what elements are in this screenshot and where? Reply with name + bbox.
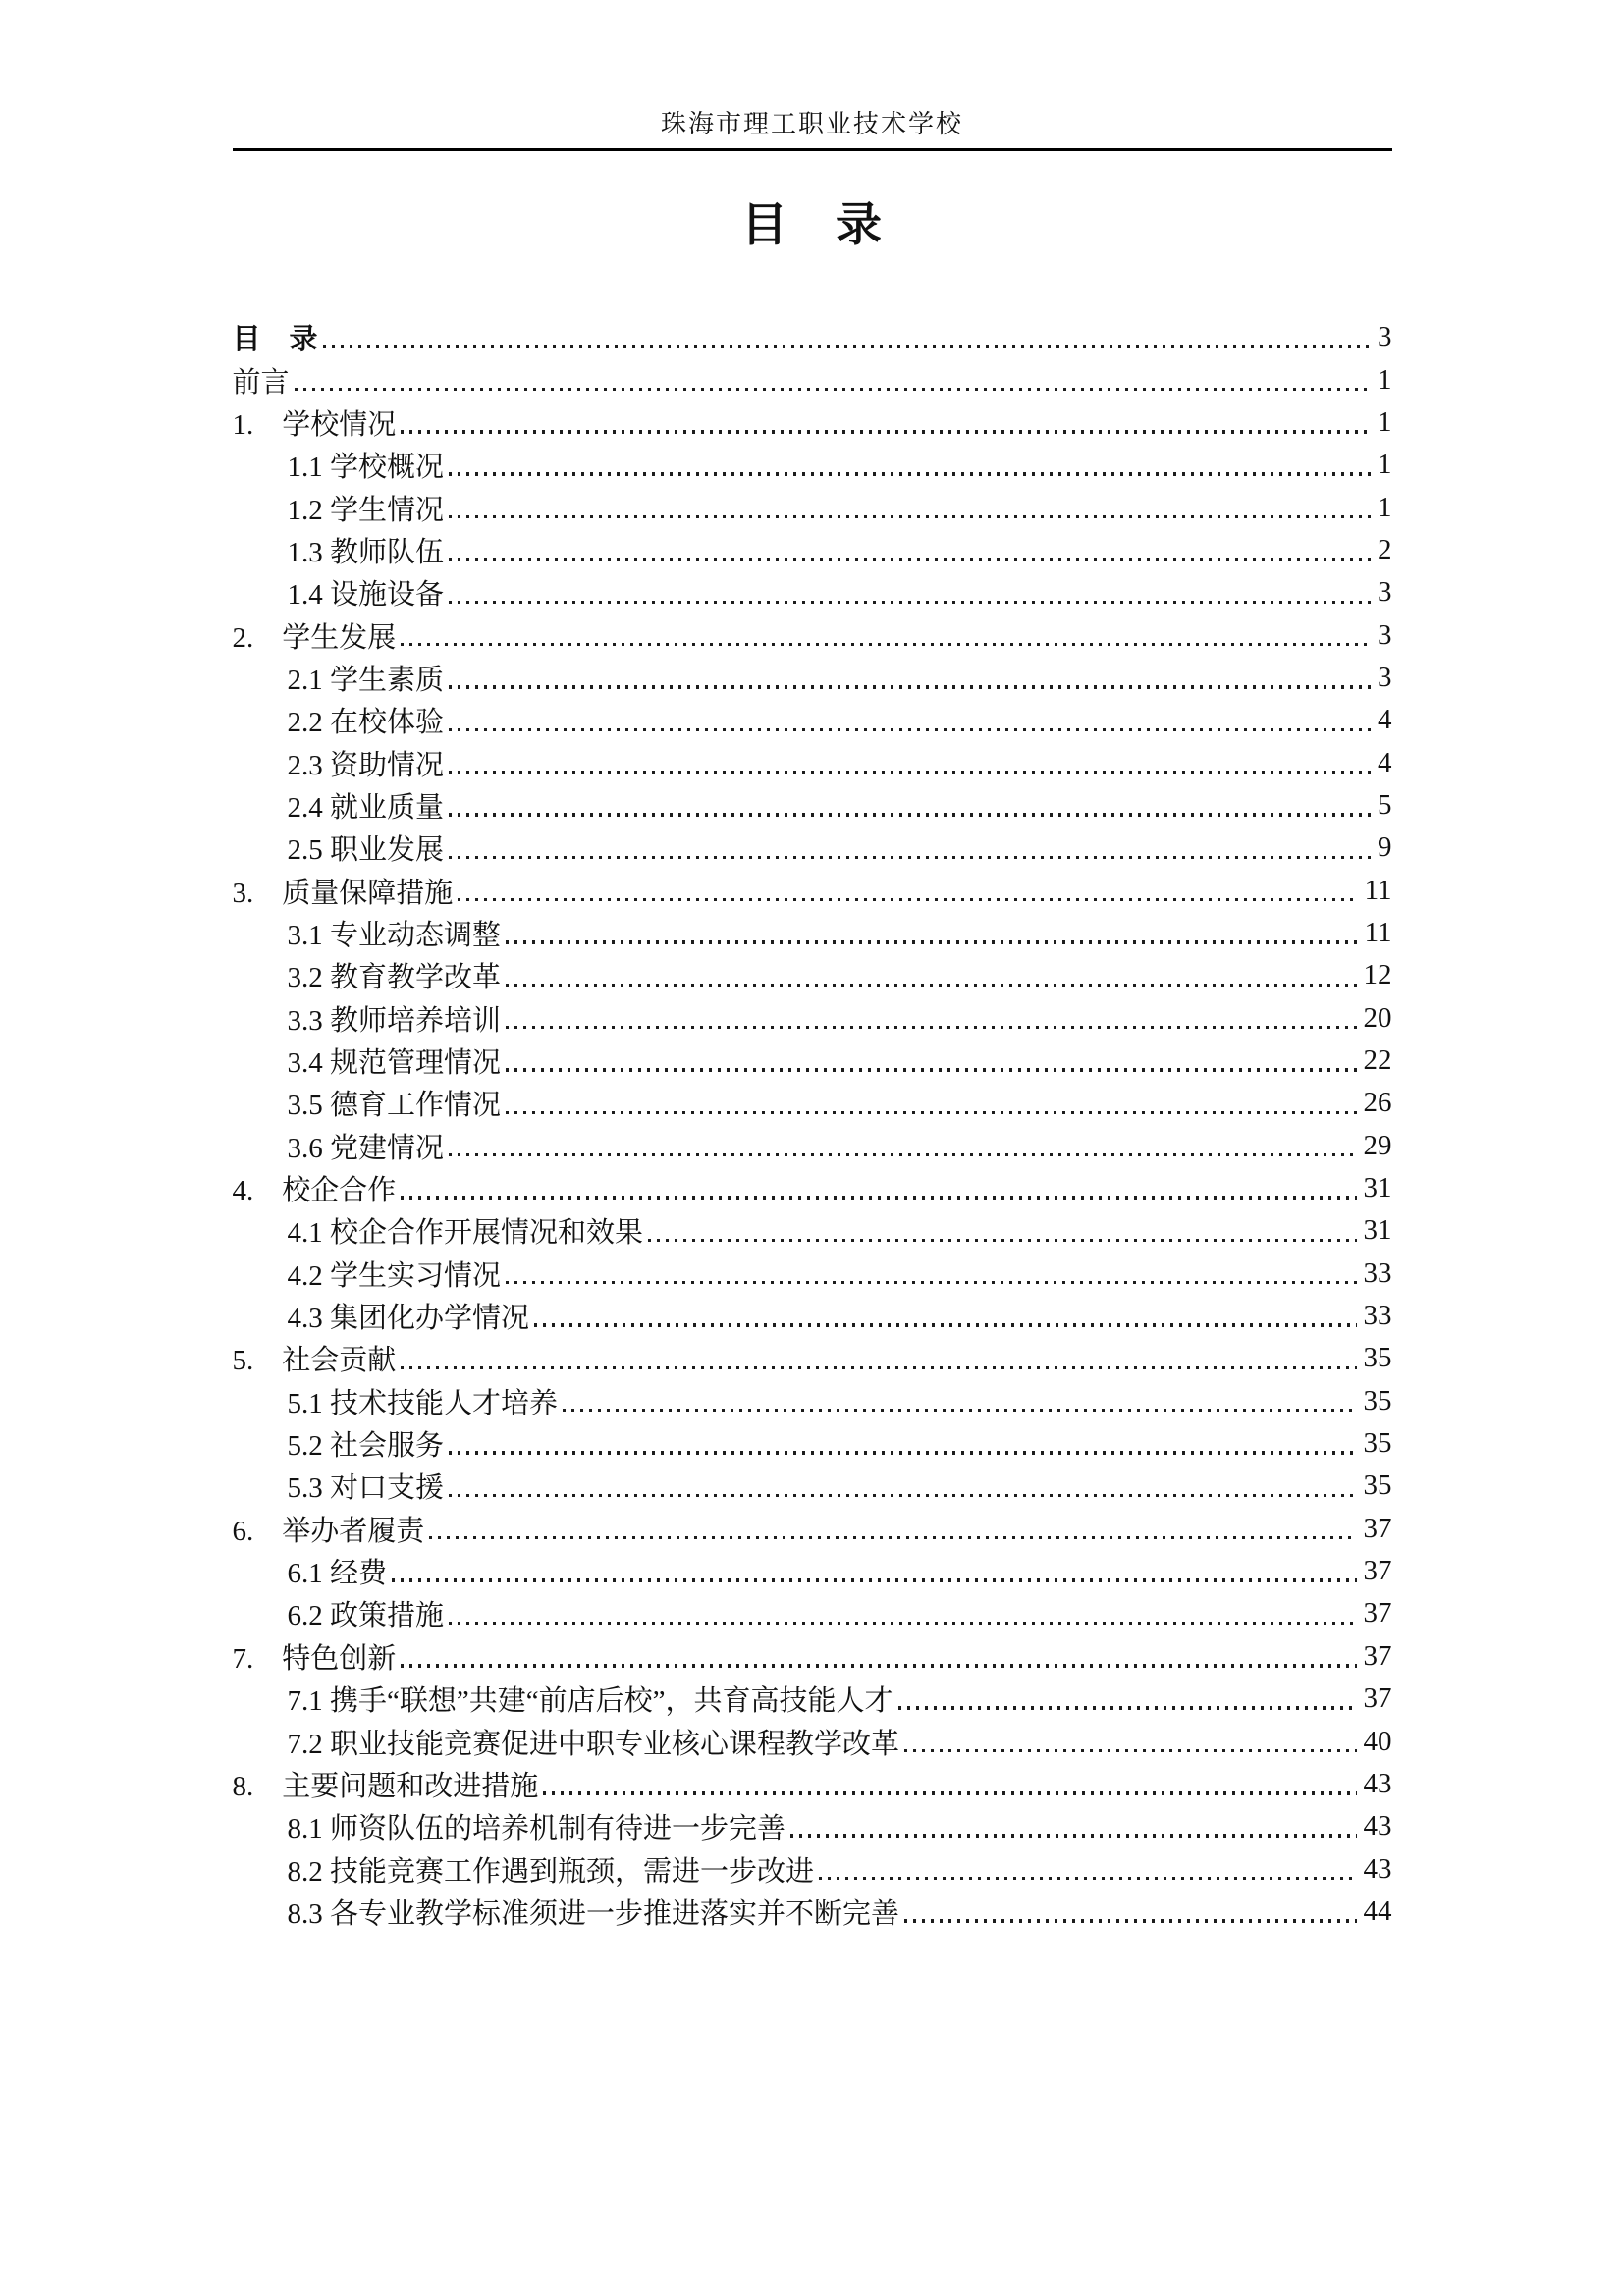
toc-entry: 5.2 社会服务 35: [233, 1422, 1392, 1465]
toc-leader-dots: [506, 940, 1358, 943]
toc-entry-label: 6. 举办者履责: [233, 1509, 425, 1549]
toc-entry-label: 3.4 规范管理情况: [288, 1041, 502, 1081]
toc-page-number: 43: [1364, 1768, 1392, 1800]
toc-page-number: 29: [1364, 1130, 1392, 1162]
toc-page-number: 37: [1364, 1513, 1392, 1545]
toc-entry-label: 3.6 党建情况: [288, 1126, 445, 1166]
toc-entry: 7.2 职业技能竞赛促进中职专业核心课程教学改革 40: [233, 1720, 1392, 1762]
toc-entry-label: 1. 学校情况: [233, 402, 397, 443]
toc-entry-label: 2.3 资助情况: [288, 743, 445, 783]
toc-leader-dots: [323, 345, 1371, 347]
toc-page-number: 35: [1364, 1469, 1392, 1502]
toc-entry: 6.1 经费 37: [233, 1550, 1392, 1592]
toc-page-number: 9: [1378, 831, 1392, 864]
toc-entry: 前言 1: [233, 358, 1392, 400]
toc-entry: 5.3 对口支援 35: [233, 1465, 1392, 1507]
toc-page-number: 1: [1378, 492, 1392, 524]
toc-leader-dots: [534, 1323, 1356, 1326]
toc-entry: 4.2 学生实习情况 33: [233, 1253, 1392, 1295]
toc-page-number: 11: [1365, 875, 1392, 907]
page-title: 目 录: [233, 200, 1392, 251]
toc-entry-label: 1.1 学校概况: [288, 445, 445, 485]
toc-page-number: 11: [1365, 917, 1392, 949]
toc-page-number: 33: [1364, 1257, 1392, 1290]
toc-entry-label: 3. 质量保障措施: [233, 871, 454, 911]
toc-entry: 2.4 就业质量 5: [233, 784, 1392, 827]
header-rule: [233, 148, 1392, 151]
toc-leader-dots: [506, 1068, 1356, 1071]
toc-entry-label: 8.3 各专业教学标准须进一步推进落实并不断完善: [288, 1892, 900, 1932]
toc-page-number: 3: [1378, 576, 1392, 609]
toc-entry: 3.2 教育教学改革 12: [233, 954, 1392, 996]
toc-leader-dots: [401, 1366, 1356, 1369]
toc-page-number: 1: [1378, 406, 1392, 439]
toc-entry-label: 7.1 携手“联想”共建“前店后校”，共育高技能人才: [288, 1679, 893, 1719]
toc-entry: 6.2 政策措施 37: [233, 1592, 1392, 1634]
toc-entry: 1.4 设施设备 3: [233, 571, 1392, 614]
toc-entry-label: 8.2 技能竞赛工作遇到瓶颈，需进一步改进: [288, 1849, 815, 1890]
toc-page-number: 43: [1364, 1853, 1392, 1886]
toc-page-number: 35: [1364, 1342, 1392, 1374]
toc-entry: 2. 学生发展 3: [233, 614, 1392, 656]
toc-entry-label: 5.1 技术技能人才培养: [288, 1381, 559, 1421]
toc-leader-dots: [449, 472, 1371, 475]
toc-entry-label: 8.1 师资队伍的培养机制有待进一步完善: [288, 1806, 786, 1846]
toc-entry-label: 3.2 教育教学改革: [288, 955, 502, 995]
toc-leader-dots: [401, 1196, 1356, 1199]
toc-page-number: 4: [1378, 704, 1392, 736]
toc-page-number: 35: [1364, 1385, 1392, 1417]
toc-page-number: 37: [1364, 1555, 1392, 1587]
toc-leader-dots: [648, 1239, 1356, 1242]
toc-leader-dots: [904, 1919, 1356, 1922]
toc-leader-dots: [506, 1281, 1356, 1284]
toc-entry-label: 7. 特色创新: [233, 1636, 397, 1677]
toc-entry: 3. 质量保障措施 11: [233, 869, 1392, 911]
toc-leader-dots: [429, 1536, 1356, 1539]
toc-entry: 目 录 3: [233, 316, 1392, 358]
toc-entry-label: 4. 校企合作: [233, 1168, 397, 1208]
toc-leader-dots: [449, 1622, 1356, 1625]
toc-entry-label: 1.4 设施设备: [288, 572, 445, 613]
toc-entry: 5. 社会贡献 35: [233, 1337, 1392, 1379]
toc-page-number: 43: [1364, 1810, 1392, 1842]
toc-leader-dots: [563, 1409, 1356, 1412]
toc-entry-label: 4.2 学生实习情况: [288, 1254, 502, 1294]
toc-leader-dots: [543, 1791, 1356, 1794]
toc-page-number: 22: [1364, 1044, 1392, 1077]
toc-leader-dots: [449, 856, 1371, 859]
toc-page-number: 37: [1364, 1682, 1392, 1715]
toc-entry-label: 7.2 职业技能竞赛促进中职专业核心课程教学改革: [288, 1722, 900, 1762]
toc-page-number: 5: [1378, 789, 1392, 822]
toc-entry: 2.5 职业发展 9: [233, 827, 1392, 869]
toc-page-number: 3: [1378, 321, 1392, 353]
toc-entry: 5.1 技术技能人才培养 35: [233, 1380, 1392, 1422]
toc-entry: 2.1 学生素质 3: [233, 657, 1392, 699]
toc-entry: 4.1 校企合作开展情况和效果 31: [233, 1209, 1392, 1252]
toc-page-number: 31: [1364, 1214, 1392, 1247]
toc-entry-label: 4.1 校企合作开展情况和效果: [288, 1210, 644, 1251]
toc-page-number: 31: [1364, 1172, 1392, 1204]
toc-entry: 3.6 党建情况 29: [233, 1125, 1392, 1167]
toc-entry: 6. 举办者履责 37: [233, 1508, 1392, 1550]
toc-entry: 2.2 在校体验 4: [233, 699, 1392, 741]
toc-entry-label: 2.1 学生素质: [288, 658, 445, 698]
toc-entry: 8. 主要问题和改进措施 43: [233, 1763, 1392, 1805]
toc-leader-dots: [449, 771, 1371, 774]
toc-entry-label: 1.3 教师队伍: [288, 530, 445, 570]
toc-leader-dots: [790, 1834, 1356, 1837]
toc-leader-dots: [898, 1706, 1357, 1709]
toc-entry: 7. 特色创新 37: [233, 1635, 1392, 1678]
toc-leader-dots: [449, 601, 1371, 604]
toc-leader-dots: [449, 685, 1371, 688]
toc-entry-label: 5.2 社会服务: [288, 1423, 445, 1464]
toc-entry: 1.3 教师队伍 2: [233, 529, 1392, 571]
toc-entry: 8.3 各专业教学标准须进一步推进落实并不断完善 44: [233, 1891, 1392, 1933]
toc-entry-label: 2.5 职业发展: [288, 828, 445, 868]
toc-page-number: 33: [1364, 1300, 1392, 1332]
toc-entry-label: 2.2 在校体验: [288, 700, 445, 740]
toc-entry: 3.1 专业动态调整 11: [233, 912, 1392, 954]
toc-leader-dots: [449, 1153, 1356, 1156]
toc-page-number: 1: [1378, 364, 1392, 397]
toc-entry-label: 2. 学生发展: [233, 615, 397, 656]
toc-entry: 3.4 规范管理情况 22: [233, 1040, 1392, 1082]
toc-page-number: 44: [1364, 1896, 1392, 1928]
toc-leader-dots: [458, 898, 1357, 901]
toc-leader-dots: [295, 388, 1371, 391]
toc-page-number: 37: [1364, 1640, 1392, 1673]
toc-page: 珠海市理工职业技术学校 目 录 目 录 3 前言 1 1. 学校情况 1 1.1…: [233, 0, 1392, 1933]
toc-page-number: 1: [1378, 449, 1392, 481]
toc-entry: 1.1 学校概况 1: [233, 444, 1392, 486]
toc-entry-label: 4.3 集团化办学情况: [288, 1296, 530, 1336]
toc-entry-label: 3.1 专业动态调整: [288, 913, 502, 953]
toc-leader-dots: [449, 1494, 1356, 1497]
toc-page-number: 2: [1378, 534, 1392, 566]
toc-entry-label: 目 录: [233, 317, 318, 357]
toc-entry: 3.3 教师培养培训 20: [233, 997, 1392, 1040]
toc-page-number: 37: [1364, 1597, 1392, 1629]
toc-leader-dots: [449, 1451, 1356, 1454]
toc-leader-dots: [401, 1664, 1356, 1667]
toc-page-number: 3: [1378, 619, 1392, 652]
toc-entry: 8.1 师资队伍的培养机制有待进一步完善 43: [233, 1805, 1392, 1847]
toc-page-number: 4: [1378, 747, 1392, 779]
toc-list: 目 录 3 前言 1 1. 学校情况 1 1.1 学校概况 1 1.2 学生情况…: [233, 316, 1392, 1933]
toc-entry-label: 1.2 学生情况: [288, 488, 445, 528]
toc-entry-label: 2.4 就业质量: [288, 785, 445, 826]
toc-page-number: 40: [1364, 1726, 1392, 1758]
toc-entry-label: 3.3 教师培养培训: [288, 998, 502, 1039]
toc-leader-dots: [392, 1578, 1356, 1581]
toc-leader-dots: [401, 430, 1371, 433]
toc-leader-dots: [506, 1026, 1356, 1029]
toc-entry: 4. 校企合作 31: [233, 1167, 1392, 1209]
toc-entry: 1.2 学生情况 1: [233, 486, 1392, 528]
toc-entry: 8.2 技能竞赛工作遇到瓶颈，需进一步改进 43: [233, 1847, 1392, 1890]
toc-entry-label: 6.2 政策措施: [288, 1593, 445, 1633]
toc-entry: 4.3 集团化办学情况 33: [233, 1295, 1392, 1337]
toc-entry-label: 5.3 对口支援: [288, 1466, 445, 1506]
toc-entry-label: 5. 社会贡献: [233, 1338, 397, 1378]
toc-entry-label: 前言: [233, 360, 290, 400]
toc-leader-dots: [449, 515, 1371, 518]
toc-entry-label: 6.1 经费: [288, 1551, 388, 1591]
toc-page-number: 12: [1364, 959, 1392, 991]
toc-page-number: 3: [1378, 662, 1392, 694]
toc-leader-dots: [449, 558, 1371, 561]
toc-leader-dots: [506, 1111, 1356, 1114]
toc-entry: 3.5 德育工作情况 26: [233, 1082, 1392, 1124]
toc-leader-dots: [449, 728, 1371, 731]
toc-entry: 2.3 资助情况 4: [233, 741, 1392, 783]
toc-entry: 1. 学校情况 1: [233, 401, 1392, 444]
toc-entry-label: 8. 主要问题和改进措施: [233, 1764, 539, 1804]
toc-entry-label: 3.5 德育工作情况: [288, 1083, 502, 1123]
toc-leader-dots: [506, 984, 1356, 987]
document-header: 珠海市理工职业技术学校: [233, 0, 1392, 141]
school-name: 珠海市理工职业技术学校: [661, 110, 963, 138]
toc-leader-dots: [904, 1749, 1356, 1752]
toc-entry: 7.1 携手“联想”共建“前店后校”，共育高技能人才 37: [233, 1678, 1392, 1720]
toc-leader-dots: [449, 813, 1371, 816]
toc-page-number: 20: [1364, 1002, 1392, 1035]
toc-page-number: 35: [1364, 1427, 1392, 1460]
toc-leader-dots: [819, 1877, 1356, 1880]
toc-page-number: 26: [1364, 1087, 1392, 1119]
toc-leader-dots: [401, 643, 1371, 646]
